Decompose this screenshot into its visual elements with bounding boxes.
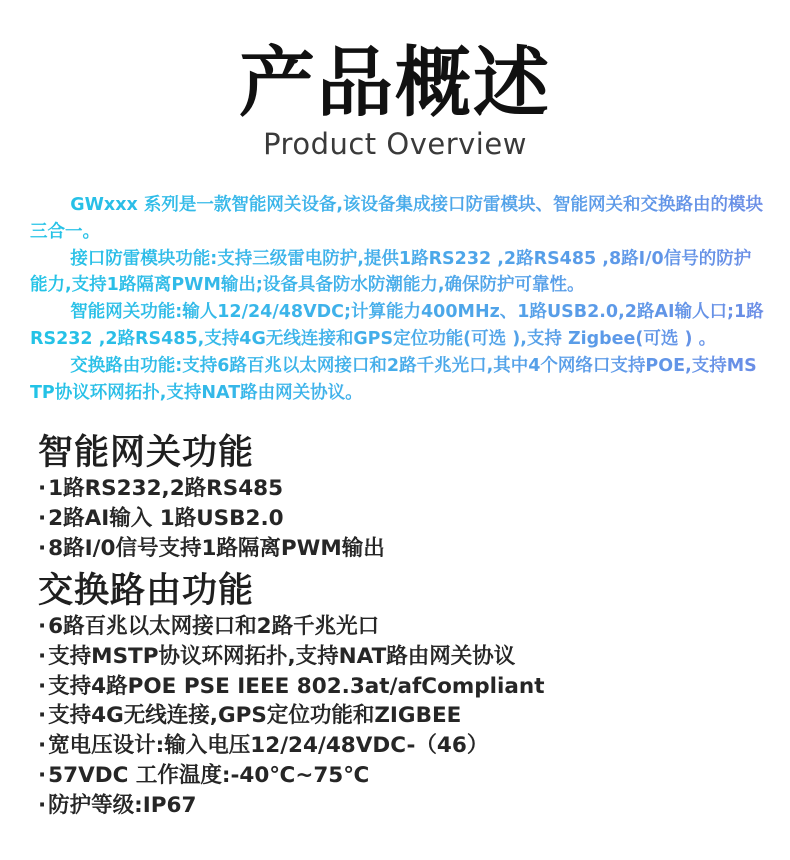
bullet-dot-icon: · xyxy=(38,612,46,642)
bullet-dot-icon: · xyxy=(38,672,46,702)
section-heading: 智能网关功能 xyxy=(38,432,758,474)
feature-list: ·1路RS232,2路RS485 ·2路AI输入 1路USB2.0 ·8路I/0… xyxy=(38,474,758,563)
section-switch-routing: 交换路由功能 ·6路百兆以太网接口和2路千兆光口 ·支持MSTP协议环网拓扑,支… xyxy=(38,570,758,821)
intro-paragraph-smart-gateway: 智能网关功能:输人12/24/48VDC;计算能力400MHz、1路USB2.0… xyxy=(30,299,765,353)
section-smart-gateway: 智能网关功能 ·1路RS232,2路RS485 ·2路AI输入 1路USB2.0… xyxy=(38,432,758,563)
list-item: ·1路RS232,2路RS485 xyxy=(38,474,758,504)
intro-paragraph-lightning-protection: 接口防雷模块功能:支持三级雷电防护,提供1路RS232 ,2路RS485 ,8路… xyxy=(30,246,765,300)
list-item: ·6路百兆以太网接口和2路千兆光口 xyxy=(38,612,758,642)
intro-paragraph-overview: GWxxx 系列是一款智能网关设备,该设备集成接口防雷模块、智能网关和交换路由的… xyxy=(30,192,765,246)
product-overview-page: 产品概述 Product Overview GWxxx 系列是一款智能网关设备,… xyxy=(0,0,790,860)
intro-paragraph-switch-routing: 交换路由功能:支持6路百兆以太网接口和2路千兆光口,其中4个网络口支持POE,支… xyxy=(30,353,765,407)
list-item: ·支持4G无线连接,GPS定位功能和ZIGBEE xyxy=(38,701,758,731)
page-subtitle: Product Overview xyxy=(0,126,790,162)
list-item: ·2路AI输入 1路USB2.0 xyxy=(38,504,758,534)
section-heading: 交换路由功能 xyxy=(38,570,758,612)
bullet-dot-icon: · xyxy=(38,534,46,564)
bullet-dot-icon: · xyxy=(38,642,46,672)
bullet-dot-icon: · xyxy=(38,761,46,791)
feature-list: ·6路百兆以太网接口和2路千兆光口 ·支持MSTP协议环网拓扑,支持NAT路由网… xyxy=(38,612,758,821)
list-item: ·57VDC 工作温度:-40℃~75℃ xyxy=(38,761,758,791)
list-item: ·宽电压设计:输入电压12/24/48VDC-（46） xyxy=(38,731,758,761)
list-item: ·8路I/0信号支持1路隔离PWM输出 xyxy=(38,534,758,564)
intro-description: GWxxx 系列是一款智能网关设备,该设备集成接口防雷模块、智能网关和交换路由的… xyxy=(30,192,765,406)
bullet-dot-icon: · xyxy=(38,791,46,821)
page-title: 产品概述 xyxy=(0,38,790,128)
bullet-dot-icon: · xyxy=(38,701,46,731)
bullet-dot-icon: · xyxy=(38,504,46,534)
bullet-dot-icon: · xyxy=(38,731,46,761)
list-item: ·支持MSTP协议环网拓扑,支持NAT路由网关协议 xyxy=(38,642,758,672)
list-item: ·支持4路POE PSE IEEE 802.3at/afCompliant xyxy=(38,672,758,702)
list-item: ·防护等级:IP67 xyxy=(38,791,758,821)
bullet-dot-icon: · xyxy=(38,474,46,504)
